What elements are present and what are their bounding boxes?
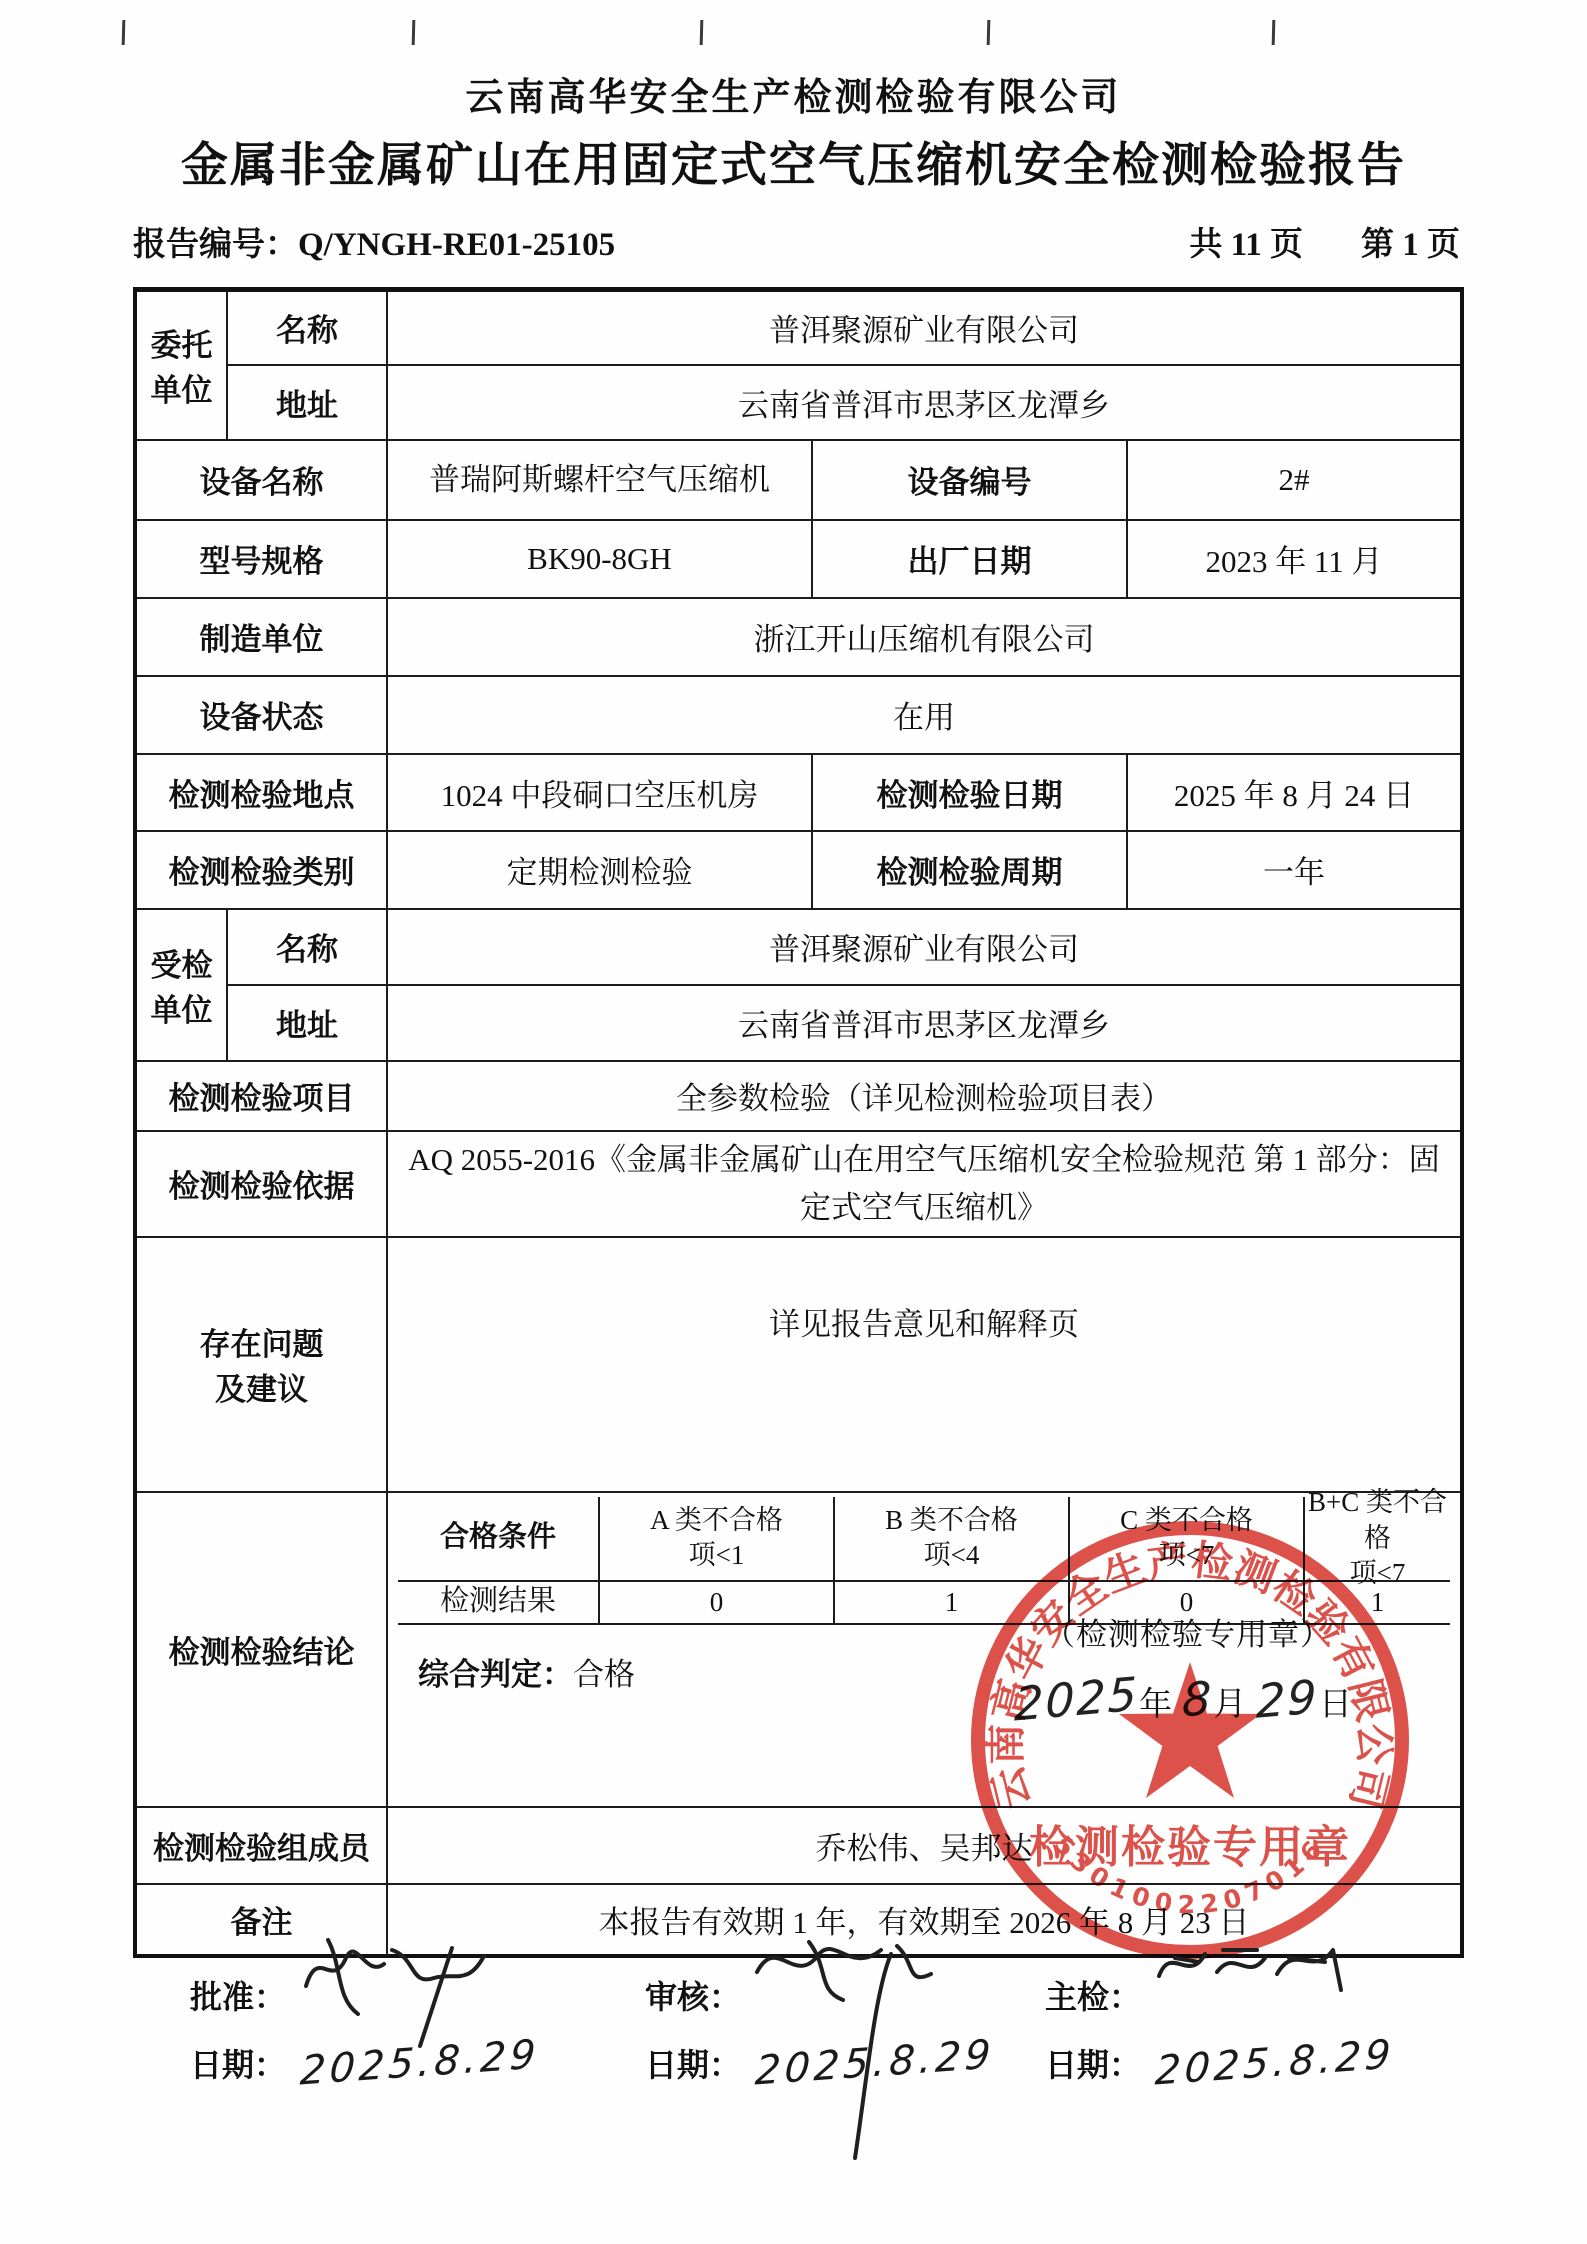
table-row: 制造单位 浙江开山压缩机有限公司 xyxy=(135,598,1462,676)
basis-label: 检测检验依据 xyxy=(135,1131,387,1237)
handwritten-month: 8 xyxy=(1182,1670,1214,1727)
device-no-label: 设备编号 xyxy=(812,440,1127,520)
location-value: 1024 中段硐口空压机房 xyxy=(387,754,812,831)
registration-mark xyxy=(122,20,126,45)
stamp-caption-block: （检测检验专用章） 2025年8月29日 xyxy=(938,1609,1438,1726)
handwritten-year: 2025 xyxy=(1014,1666,1140,1731)
table-row: 检测检验地点 1024 中段硐口空压机房 检测检验日期 2025 年 8 月 2… xyxy=(135,754,1462,831)
verdict-area: 综合判定：合格 （检测检验专用章） 2025年8月29日 xyxy=(398,1625,1450,1802)
condition-col-bc: B+C 类不合格 项<7 xyxy=(1303,1497,1450,1582)
table-row: 设备状态 在用 xyxy=(135,676,1462,754)
client-name-value: 普洱聚源矿业有限公司 xyxy=(387,290,1462,365)
chief-signature xyxy=(1147,1928,1377,2018)
cycle-label: 检测检验周期 xyxy=(812,831,1127,909)
registration-mark xyxy=(412,20,416,45)
model-value: BK90-8GH xyxy=(387,520,812,598)
table-row: 检测检验项目 全参数检验（详见检测检验项目表） xyxy=(135,1061,1462,1131)
registration-mark xyxy=(987,20,991,45)
report-page: 云南高华安全生产检测检验有限公司 金属非金属矿山在用固定式空气压缩机安全检测检验… xyxy=(0,0,1587,2244)
mfg-date-value: 2023 年 11 月 xyxy=(1127,520,1462,598)
conclusion-date: 2025年8月29日 xyxy=(938,1672,1438,1726)
table-row: 检测检验组成员 乔松伟、吴邦达 xyxy=(135,1807,1462,1884)
stamp-note: （检测检验专用章） xyxy=(938,1609,1438,1654)
review-signature xyxy=(747,1928,957,2018)
inspected-addr-label: 地址 xyxy=(227,985,387,1061)
report-number: 报告编号：Q/YNGH-RE01-25105 xyxy=(133,218,615,265)
table-row: 检测检验依据 AQ 2055-2016《金属非金属矿山在用空气压缩机安全检验规范… xyxy=(135,1131,1462,1237)
review-date-label: 日期： xyxy=(645,2040,741,2086)
chief-date-label: 日期： xyxy=(1045,2040,1141,2086)
registration-mark xyxy=(700,20,704,45)
mfg-date-label: 出厂日期 xyxy=(812,520,1127,598)
approve-date-label: 日期： xyxy=(190,2040,286,2086)
device-name-label: 设备名称 xyxy=(135,440,387,520)
review-block: 审核： 日期： 2025.8.29 xyxy=(645,1948,995,2086)
table-row: 受检 单位 名称 普洱聚源矿业有限公司 xyxy=(135,909,1462,985)
verdict-label: 综合判定： xyxy=(418,1657,573,1692)
report-table: 委托 单位 名称 普洱聚源矿业有限公司 地址 云南省普洱市思茅区龙潭乡 设备名称… xyxy=(133,287,1464,1958)
table-row: 委托 单位 名称 普洱聚源矿业有限公司 xyxy=(135,290,1462,365)
pass-condition-row: 合格条件 A 类不合格 项<1 B 类不合格 项<4 C 类不合格 项<7 B+… xyxy=(398,1497,1450,1582)
condition-col-c: C 类不合格 项<7 xyxy=(1068,1497,1303,1582)
items-value: 全参数检验（详见检测检验项目表） xyxy=(387,1061,1462,1131)
approve-label: 批准： xyxy=(190,1972,286,2018)
conclusion-label: 检测检验结论 xyxy=(135,1492,387,1807)
chief-block: 主检： 日期： 2025.8.29 xyxy=(1045,1948,1395,2086)
table-row: 检测检验结论 合格条件 A 类不合格 项<1 B 类不合格 项<4 C 类不合格… xyxy=(135,1492,1462,1807)
registration-mark xyxy=(1272,20,1276,45)
approve-block: 批准： 日期： 2025.8.29 xyxy=(190,1948,540,2086)
manufacturer-value: 浙江开山压缩机有限公司 xyxy=(387,598,1462,676)
inspection-date-value: 2025 年 8 月 24 日 xyxy=(1127,754,1462,831)
chief-date-value: 2025.8.29 xyxy=(1154,2031,1396,2094)
team-value: 乔松伟、吴邦达 xyxy=(387,1807,1462,1884)
chief-label: 主检： xyxy=(1045,1972,1141,2018)
pass-condition-label: 合格条件 xyxy=(398,1497,598,1582)
client-name-label: 名称 xyxy=(227,290,387,365)
inspected-name-value: 普洱聚源矿业有限公司 xyxy=(387,909,1462,985)
problems-value: 详见报告意见和解释页 xyxy=(387,1237,1462,1492)
client-group-label: 委托 单位 xyxy=(135,290,227,440)
inspected-name-label: 名称 xyxy=(227,909,387,985)
client-addr-value: 云南省普洱市思茅区龙潭乡 xyxy=(387,365,1462,440)
conclusion-content: 合格条件 A 类不合格 项<1 B 类不合格 项<4 C 类不合格 项<7 B+… xyxy=(387,1492,1462,1807)
problems-label: 存在问题 及建议 xyxy=(135,1237,387,1492)
model-label: 型号规格 xyxy=(135,520,387,598)
status-label: 设备状态 xyxy=(135,676,387,754)
year-char: 年 xyxy=(1139,1687,1182,1723)
cycle-value: 一年 xyxy=(1127,831,1462,909)
review-label: 审核： xyxy=(645,1972,741,2018)
condition-col-a: A 类不合格 项<1 xyxy=(598,1497,833,1582)
verdict-value: 合格 xyxy=(573,1657,635,1692)
inspection-date-label: 检测检验日期 xyxy=(812,754,1127,831)
table-row: 检测检验类别 定期检测检验 检测检验周期 一年 xyxy=(135,831,1462,909)
category-label: 检测检验类别 xyxy=(135,831,387,909)
approve-signature xyxy=(292,1928,522,2018)
report-meta-line: 报告编号：Q/YNGH-RE01-25105 共 11 页 第 1 页 xyxy=(133,218,1460,265)
table-row: 设备名称 普瑞阿斯螺杆空气压缩机 设备编号 2# xyxy=(135,440,1462,520)
review-date-value: 2025.8.29 xyxy=(754,2031,996,2094)
status-value: 在用 xyxy=(387,676,1462,754)
condition-col-b: B 类不合格 项<4 xyxy=(833,1497,1068,1582)
table-row: 地址 云南省普洱市思茅区龙潭乡 xyxy=(135,365,1462,440)
category-value: 定期检测检验 xyxy=(387,831,812,909)
device-no-value: 2# xyxy=(1127,440,1462,520)
current-page: 第 1 页 xyxy=(1361,218,1460,265)
basis-value: AQ 2055-2016《金属非金属矿山在用空气压缩机安全检验规范 第 1 部分… xyxy=(387,1131,1462,1237)
total-pages: 共 11 页 xyxy=(1189,218,1303,265)
table-row: 型号规格 BK90-8GH 出厂日期 2023 年 11 月 xyxy=(135,520,1462,598)
page-title: 金属非金属矿山在用固定式空气压缩机安全检测检验报告 xyxy=(0,128,1587,195)
device-name-value: 普瑞阿斯螺杆空气压缩机 xyxy=(387,440,812,520)
items-label: 检测检验项目 xyxy=(135,1061,387,1131)
approve-date-value: 2025.8.29 xyxy=(299,2031,541,2094)
table-row: 地址 云南省普洱市思茅区龙潭乡 xyxy=(135,985,1462,1061)
inspected-addr-value: 云南省普洱市思茅区龙潭乡 xyxy=(387,985,1462,1061)
inspected-group-label: 受检 单位 xyxy=(135,909,227,1061)
table-row: 存在问题 及建议 详见报告意见和解释页 xyxy=(135,1237,1462,1492)
month-char: 月 xyxy=(1213,1687,1256,1723)
client-addr-label: 地址 xyxy=(227,365,387,440)
result-label: 检测结果 xyxy=(398,1582,598,1625)
handwritten-day: 29 xyxy=(1256,1669,1319,1729)
day-char: 日 xyxy=(1319,1687,1362,1723)
manufacturer-label: 制造单位 xyxy=(135,598,387,676)
team-label: 检测检验组成员 xyxy=(135,1807,387,1884)
result-a: 0 xyxy=(598,1582,833,1625)
company-name: 云南高华安全生产检测检验有限公司 xyxy=(0,66,1587,121)
location-label: 检测检验地点 xyxy=(135,754,387,831)
